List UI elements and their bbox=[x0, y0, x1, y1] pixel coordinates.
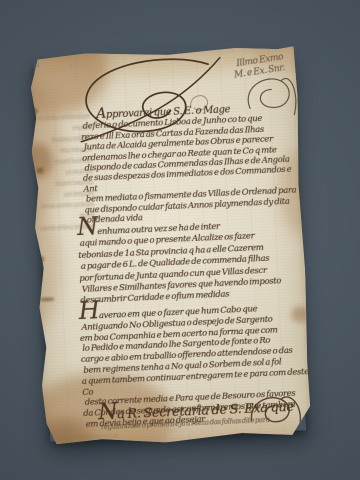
manuscript-paper: mounimo uinium nouminuim omuni muoin umn… bbox=[28, 44, 313, 447]
paper-edge-shading bbox=[28, 44, 313, 447]
manuscript-photo: mounimo uinium nouminuim omuni muoin umn… bbox=[0, 0, 360, 480]
